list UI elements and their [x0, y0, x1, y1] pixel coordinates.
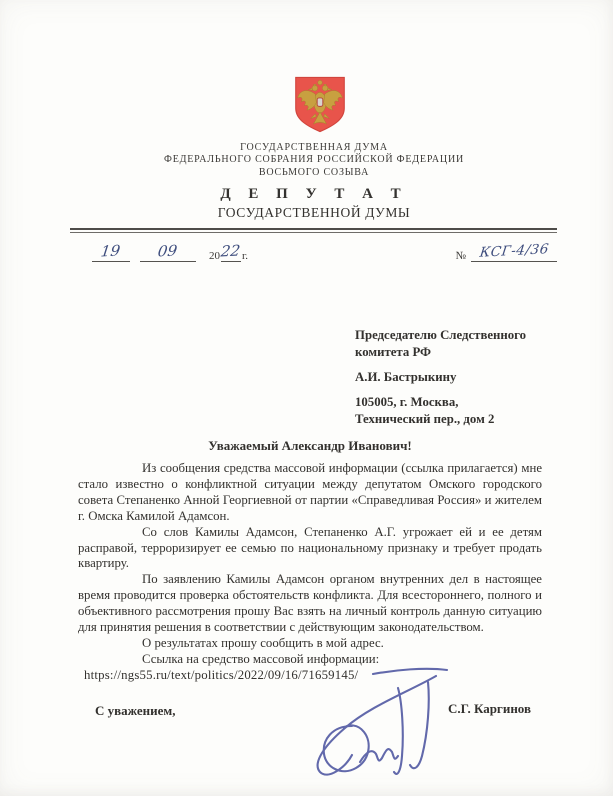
body-paragraph-1: Из сообщения средства массовой информаци…: [78, 461, 542, 525]
closing-phrase: С уважением,: [95, 703, 176, 719]
handwritten-number: КСГ-4/36: [478, 240, 549, 262]
org-name-line2: ФЕДЕРАЛЬНОГО СОБРАНИЯ РОССИЙСКОЙ ФЕДЕРАЦ…: [64, 154, 564, 166]
deputy-title-line2: ГОСУДАРСТВЕННОЙ ДУМЫ: [64, 205, 564, 221]
addressee-role-line1: Председателю Следственного: [355, 327, 555, 344]
deputy-title-line1: Д Е П У Т А Т: [64, 186, 564, 203]
addressee-block: Председателю Следственного комитета РФ А…: [355, 327, 555, 428]
handwritten-month: 09: [157, 242, 178, 261]
date-number-line: 19 09 2022г. № КСГ-4/36: [70, 236, 557, 262]
handwritten-day: 19: [100, 242, 121, 261]
handwritten-year: 22: [220, 242, 241, 261]
body-paragraph-4: О результатах прошу сообщить в мой адрес…: [78, 636, 542, 652]
number-block: № КСГ-4/36: [455, 242, 558, 262]
date-block: 19 09 2022г.: [92, 242, 249, 262]
letter-body: Из сообщения средства массовой информаци…: [78, 461, 542, 684]
date-month-blank: 09: [140, 242, 196, 262]
org-name-line1: ГОСУДАРСТВЕННАЯ ДУМА: [64, 142, 564, 154]
letterhead-divider: [70, 228, 557, 233]
addressee-role-line2: комитета РФ: [355, 344, 555, 361]
body-paragraph-2: Со слов Камилы Адамсон, Степаненко А.Г. …: [78, 525, 542, 573]
org-name-line3: ВОСЬМОГО СОЗЫВА: [64, 167, 564, 179]
body-paragraph-3: По заявлению Камилы Адамсон органом внут…: [78, 572, 542, 636]
addressee-name: А.И. Бастрыкину: [355, 369, 555, 386]
date-day-blank: 19: [92, 242, 130, 262]
russia-coat-of-arms-icon: [292, 75, 348, 134]
handwritten-signature: [300, 660, 470, 796]
scanned-letter-page: ГОСУДАРСТВЕННАЯ ДУМА ФЕДЕРАЛЬНОГО СОБРАН…: [0, 0, 613, 796]
year-suffix: г.: [241, 250, 249, 262]
number-label: №: [455, 250, 468, 262]
addressee-address-line1: 105005, г. Москва,: [355, 394, 555, 411]
salutation: Уважаемый Александр Иванович!: [78, 438, 542, 454]
addressee-address-line2: Технический пер., дом 2: [355, 411, 555, 428]
number-blank: КСГ-4/36: [471, 242, 557, 262]
letterhead: ГОСУДАРСТВЕННАЯ ДУМА ФЕДЕРАЛЬНОГО СОБРАН…: [64, 142, 564, 221]
date-year-blank: 22: [221, 242, 241, 262]
